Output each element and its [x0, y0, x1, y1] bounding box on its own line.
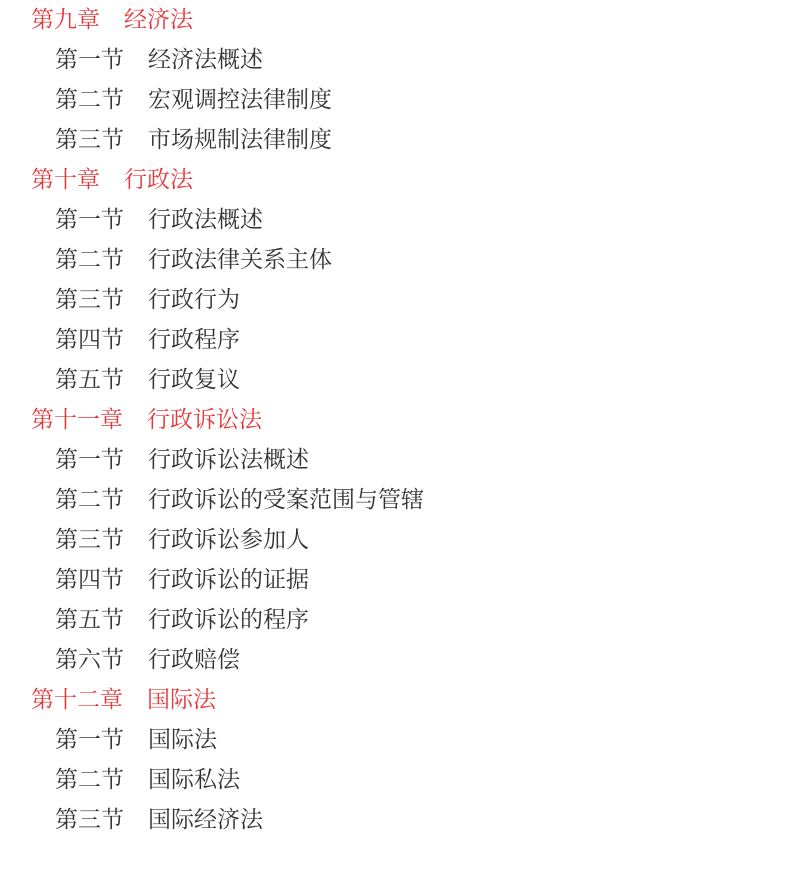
section-number: 第二节	[55, 760, 124, 800]
toc-section[interactable]: 第一节国际法	[0, 720, 790, 760]
section-title: 行政诉讼参加人	[148, 527, 309, 553]
section-title: 行政法律关系主体	[148, 247, 332, 273]
section-title: 行政复议	[148, 367, 240, 393]
table-of-contents: 第九章经济法 第一节经济法概述 第二节宏观调控法律制度 第三节市场规制法律制度 …	[0, 0, 790, 840]
chapter-title: 行政诉讼法	[147, 407, 262, 433]
section-number: 第二节	[55, 480, 124, 520]
section-title: 行政诉讼的证据	[148, 567, 309, 593]
chapter-title: 国际法	[147, 687, 216, 713]
section-title: 宏观调控法律制度	[148, 87, 332, 113]
section-number: 第三节	[55, 120, 124, 160]
section-number: 第一节	[55, 40, 124, 80]
section-title: 行政诉讼的受案范围与管辖	[148, 487, 424, 513]
toc-section[interactable]: 第一节行政法概述	[0, 200, 790, 240]
chapter-title: 行政法	[124, 167, 193, 193]
section-title: 市场规制法律制度	[148, 127, 332, 153]
section-title: 行政行为	[148, 287, 240, 313]
section-number: 第四节	[55, 320, 124, 360]
section-title: 国际私法	[148, 767, 240, 793]
toc-section[interactable]: 第二节行政诉讼的受案范围与管辖	[0, 480, 790, 520]
chapter-number: 第十一章	[31, 400, 123, 440]
section-title: 行政诉讼的程序	[148, 607, 309, 633]
section-title: 行政赔偿	[148, 647, 240, 673]
toc-section[interactable]: 第二节宏观调控法律制度	[0, 80, 790, 120]
section-number: 第三节	[55, 280, 124, 320]
section-number: 第五节	[55, 360, 124, 400]
toc-section[interactable]: 第五节行政复议	[0, 360, 790, 400]
toc-section[interactable]: 第三节市场规制法律制度	[0, 120, 790, 160]
toc-section[interactable]: 第五节行政诉讼的程序	[0, 600, 790, 640]
toc-section[interactable]: 第四节行政程序	[0, 320, 790, 360]
section-number: 第一节	[55, 720, 124, 760]
section-title: 国际经济法	[148, 807, 263, 833]
toc-section[interactable]: 第六节行政赔偿	[0, 640, 790, 680]
toc-section[interactable]: 第四节行政诉讼的证据	[0, 560, 790, 600]
section-title: 国际法	[148, 727, 217, 753]
section-number: 第一节	[55, 440, 124, 480]
chapter-title: 经济法	[124, 7, 193, 33]
section-number: 第六节	[55, 640, 124, 680]
section-number: 第四节	[55, 560, 124, 600]
section-title: 行政诉讼法概述	[148, 447, 309, 473]
toc-chapter[interactable]: 第十二章国际法	[0, 680, 790, 720]
toc-chapter[interactable]: 第十章行政法	[0, 160, 790, 200]
section-title: 行政法概述	[148, 207, 263, 233]
toc-section[interactable]: 第二节国际私法	[0, 760, 790, 800]
section-number: 第二节	[55, 80, 124, 120]
chapter-number: 第十二章	[31, 680, 123, 720]
toc-chapter[interactable]: 第十一章行政诉讼法	[0, 400, 790, 440]
section-number: 第五节	[55, 600, 124, 640]
toc-section[interactable]: 第一节行政诉讼法概述	[0, 440, 790, 480]
section-title: 行政程序	[148, 327, 240, 353]
section-number: 第一节	[55, 200, 124, 240]
section-number: 第三节	[55, 520, 124, 560]
toc-chapter[interactable]: 第九章经济法	[0, 0, 790, 40]
toc-section[interactable]: 第二节行政法律关系主体	[0, 240, 790, 280]
chapter-number: 第九章	[31, 0, 100, 40]
section-number: 第三节	[55, 800, 124, 840]
section-number: 第二节	[55, 240, 124, 280]
toc-section[interactable]: 第三节国际经济法	[0, 800, 790, 840]
toc-section[interactable]: 第三节行政行为	[0, 280, 790, 320]
chapter-number: 第十章	[31, 160, 100, 200]
toc-section[interactable]: 第三节行政诉讼参加人	[0, 520, 790, 560]
toc-section[interactable]: 第一节经济法概述	[0, 40, 790, 80]
section-title: 经济法概述	[148, 47, 263, 73]
